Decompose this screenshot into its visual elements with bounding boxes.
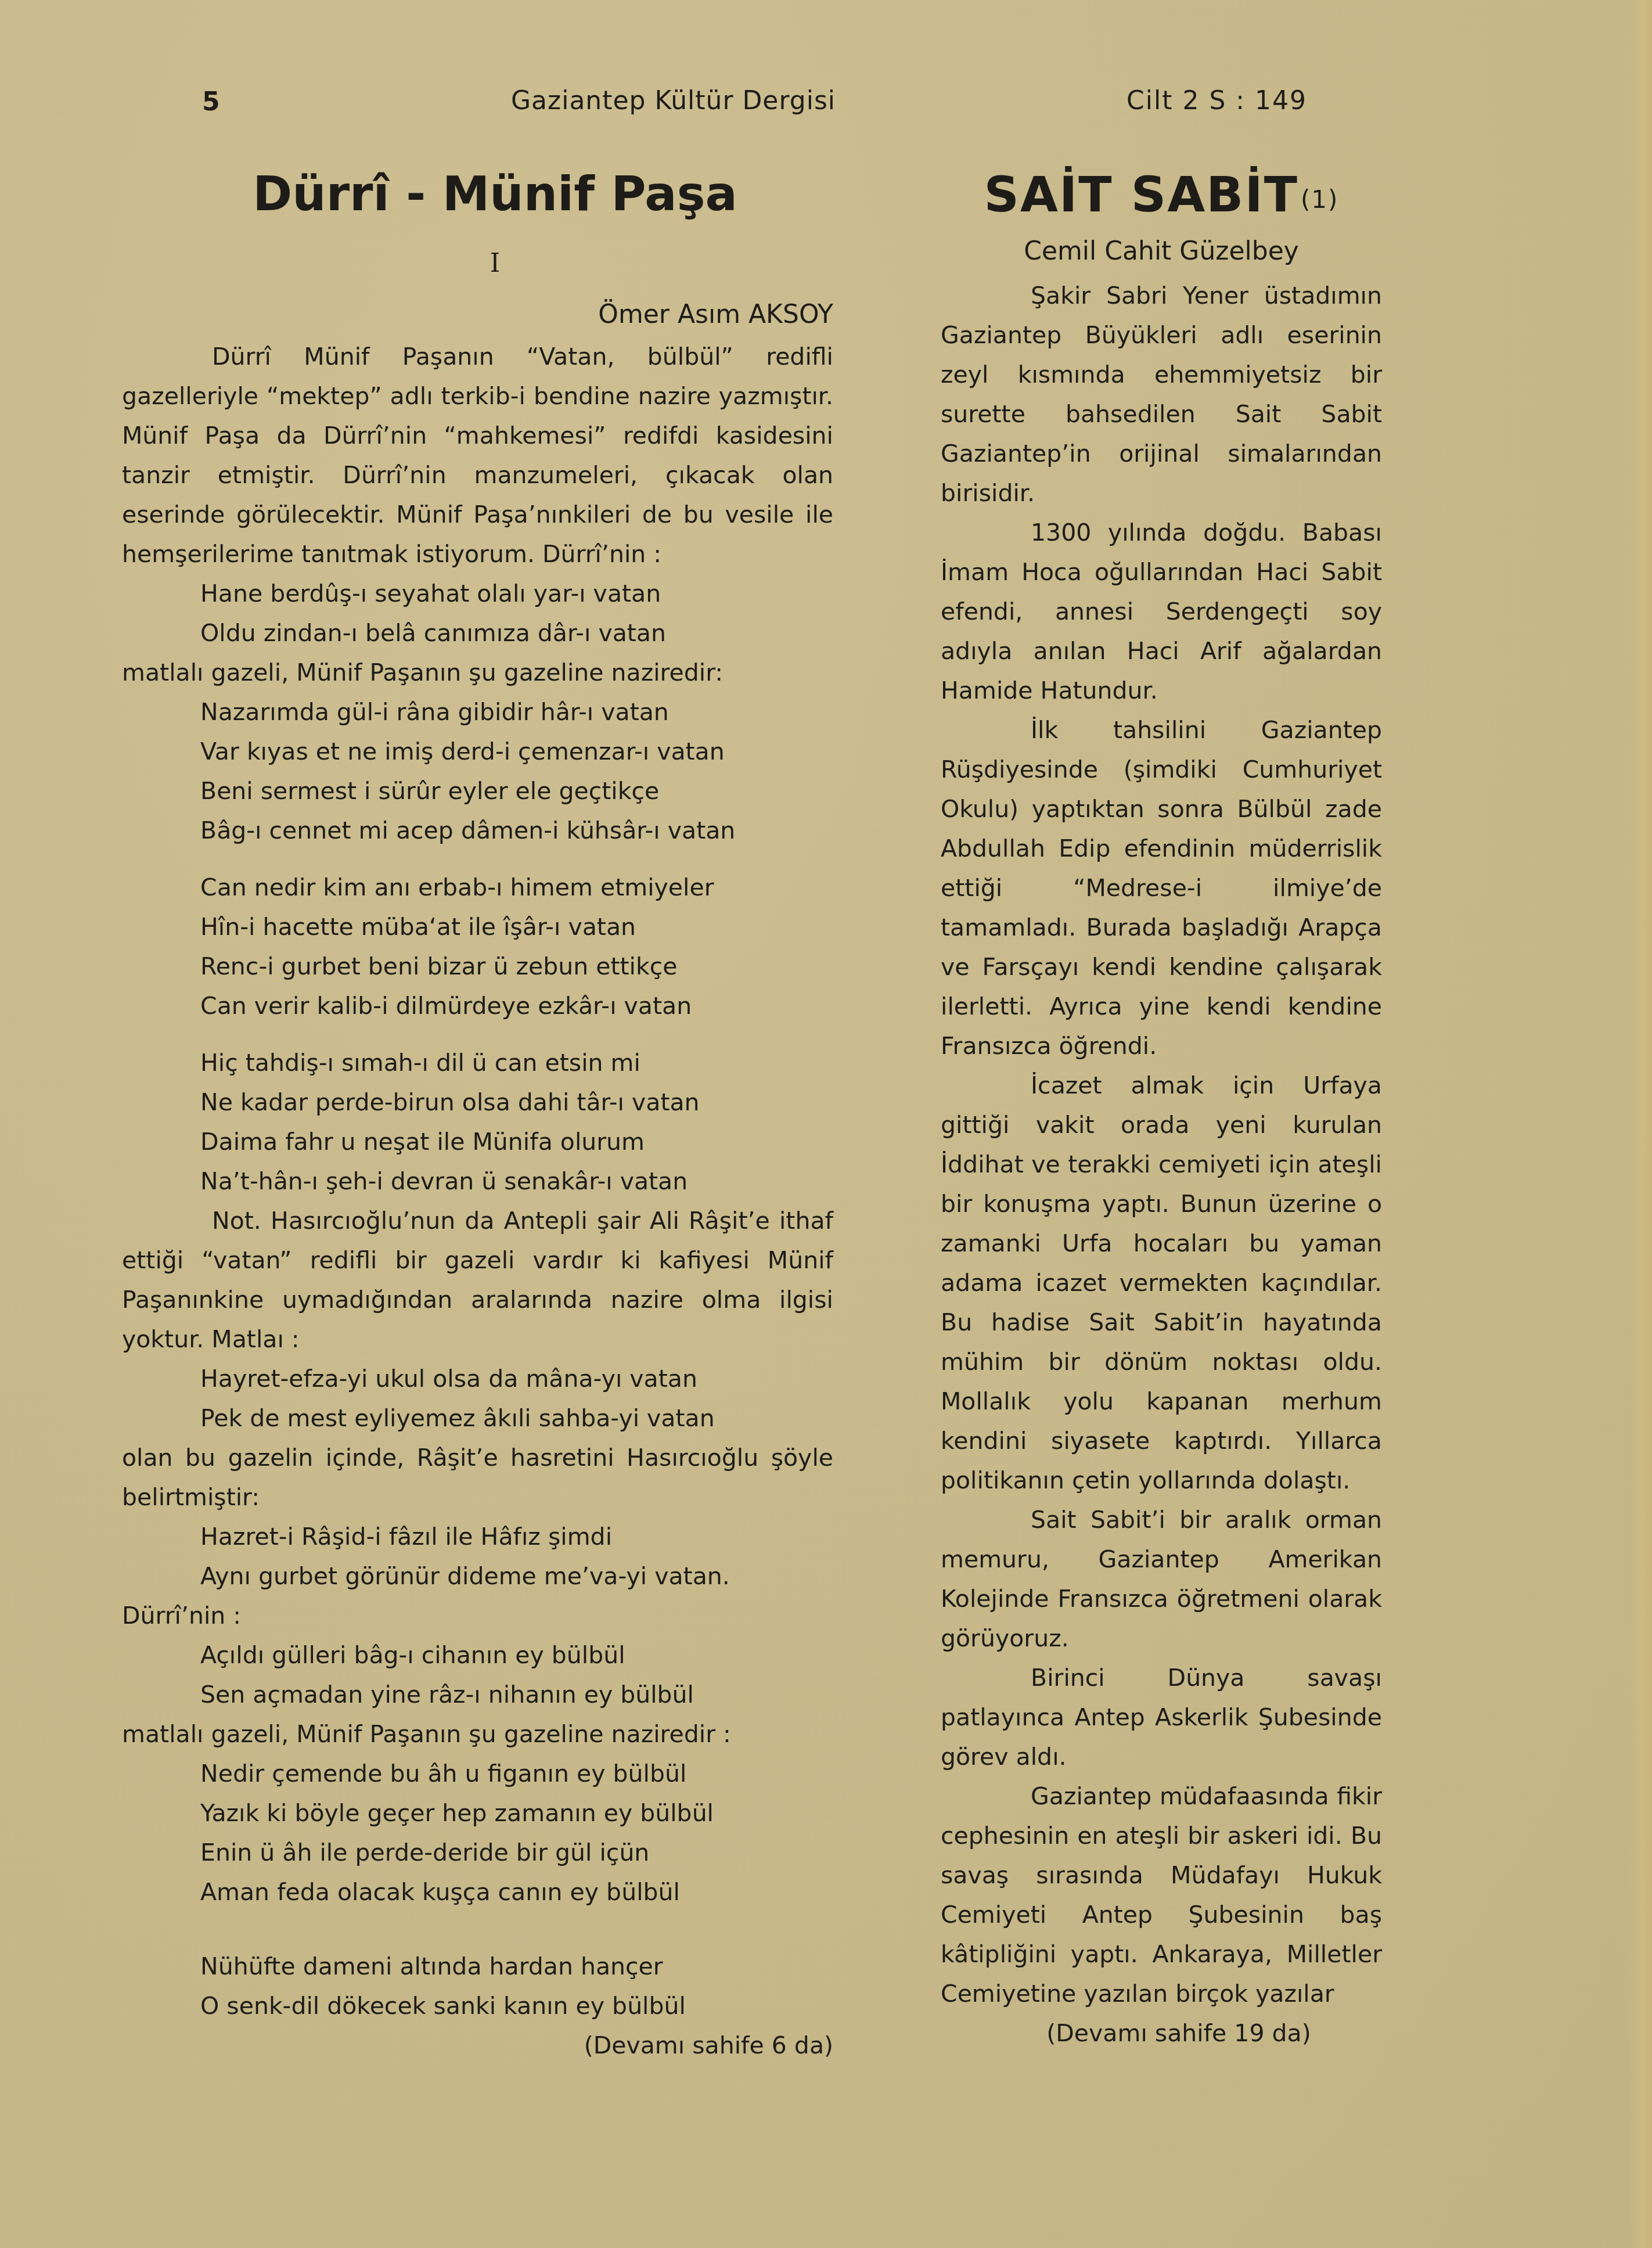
article-title: Dürrî - Münif Paşa: [157, 163, 833, 226]
stanza-gap: [122, 1026, 833, 1043]
right-article: SAİT SABİT(1) Cemil Cahit Güzelbey Şakir…: [941, 163, 1382, 2053]
magazine-name: Gaziantep Kültür Dergisi: [511, 86, 836, 116]
verse-line: Enin ü âh ile perde-deride bir gül içün: [122, 1833, 833, 1872]
footnote-mark: (1): [1301, 185, 1339, 214]
paragraph: Birinci Dünya savaşı patlayınca Antep As…: [941, 1658, 1382, 1776]
verse-line: Daima fahr u neşat ile Münifa olurum: [122, 1122, 833, 1161]
verse-line: Can nedir kim anı erbab-ı himem etmiyele…: [122, 868, 833, 907]
verse-line: Yazık ki böyle geçer hep zamanın ey bülb…: [122, 1793, 833, 1833]
part-number: I: [157, 244, 833, 283]
verse-line: Na’t-hân-ı şeh-i devran ü senakâr-ı vata…: [122, 1161, 833, 1201]
page-number: 5: [202, 87, 220, 117]
verse-line: Açıldı gülleri bâg-ı cihanın ey bülbül: [122, 1635, 833, 1675]
bridge-text: matlalı gazeli, Münif Paşanın şu gazelin…: [122, 1714, 833, 1754]
verse-line: Hîn-i hacette müba‘at ile îşâr-ı vatan: [122, 907, 833, 947]
verse-line: Sen açmadan yine râz-ı nihanın ey bülbül: [122, 1675, 833, 1714]
left-article: Dürrî - Münif Paşa I Ömer Asım AKSOY Dür…: [122, 163, 833, 2065]
paragraph: İcazet almak için Urfaya gittiği vakit o…: [941, 1066, 1382, 1500]
bridge-text: olan bu gazelin içinde, Râşit’e hasretin…: [122, 1438, 833, 1517]
verse-line: Hazret-i Râşid-i fâzıl ile Hâfız şimdi: [122, 1517, 833, 1556]
verse-line: Var kıyas et ne imiş derd-i çemenzar-ı v…: [122, 732, 833, 771]
bridge-text: Dürrî’nin :: [122, 1596, 833, 1635]
verse-line: Aynı gurbet görünür dideme me’va-yi vata…: [122, 1556, 833, 1596]
verse-line: Aman feda olacak kuşça canın ey bülbül: [122, 1872, 833, 1912]
paragraph: Gaziantep müdafaasında fikir cephesinin …: [941, 1776, 1382, 2013]
article-title: SAİT SABİT(1): [941, 163, 1382, 232]
paragraph: Şakir Sabri Yener üstadımın Gaziantep Bü…: [941, 276, 1382, 513]
verse-line: O senk-dil dökecek sanki kanın ey bülbül: [122, 1986, 833, 2026]
bridge-text: matlalı gazeli, Münif Paşanın şu gazelin…: [122, 653, 833, 692]
stanza-gap: [122, 1912, 833, 1947]
continued-note: (Devamı sahife 6 da): [122, 2026, 833, 2065]
paragraph: 1300 yılında doğdu. Babası İmam Hoca oğu…: [941, 513, 1382, 710]
verse-line: Hiç tahdiş-ı sımah-ı dil ü can etsin mi: [122, 1043, 833, 1082]
verse-line: Oldu zindan-ı belâ canımıza dâr-ı vatan: [122, 613, 833, 653]
verse-line: Hane berdûş-ı seyahat olalı yar-ı vatan: [122, 574, 833, 613]
intro-paragraph: Dürrî Münif Paşanın “Vatan, bülbül” redi…: [122, 337, 833, 574]
verse-line: Nühüfte dameni altında hardan hançer: [122, 1947, 833, 1986]
verse-line: Renc-i gurbet beni bizar ü zebun ettikçe: [122, 947, 833, 986]
title-text: SAİT SABİT: [984, 166, 1298, 223]
verse-line: Nedir çemende bu âh u figanın ey bülbül: [122, 1754, 833, 1793]
verse-line: Beni sermest i sürûr eyler ele geçtikçe: [122, 771, 833, 811]
verse-line: Bâg-ı cennet mi acep dâmen-i kühsâr-ı va…: [122, 811, 833, 850]
continued-note: (Devamı sahife 19 da): [941, 2013, 1382, 2053]
verse-line: Hayret-efza-yi ukul olsa da mâna-yı vata…: [122, 1359, 833, 1398]
article-author: Ömer Asım AKSOY: [122, 295, 833, 334]
stanza-gap: [122, 850, 833, 868]
note-paragraph: Not. Hasırcıoğlu’nun da Antepli şair Ali…: [122, 1201, 833, 1359]
paragraph: Sait Sabit’i bir aralık orman memuru, Ga…: [941, 1500, 1382, 1658]
article-author: Cemil Cahit Güzelbey: [941, 232, 1382, 271]
verse-line: Pek de mest eyliyemez âkıli sahba-yi vat…: [122, 1398, 833, 1438]
verse-line: Ne kadar perde-birun olsa dahi târ-ı vat…: [122, 1082, 833, 1122]
page-edge: [1629, 0, 1652, 2248]
paragraph: İlk tahsilini Gaziantep Rüşdiyesinde (şi…: [941, 710, 1382, 1066]
verse-line: Can verir kalib-i dilmürdeye ezkâr-ı vat…: [122, 986, 833, 1026]
verse-line: Nazarımda gül-i rânа gibidir hâr-ı vatan: [122, 692, 833, 732]
volume-issue: Cilt 2 S : 149: [1126, 86, 1307, 116]
